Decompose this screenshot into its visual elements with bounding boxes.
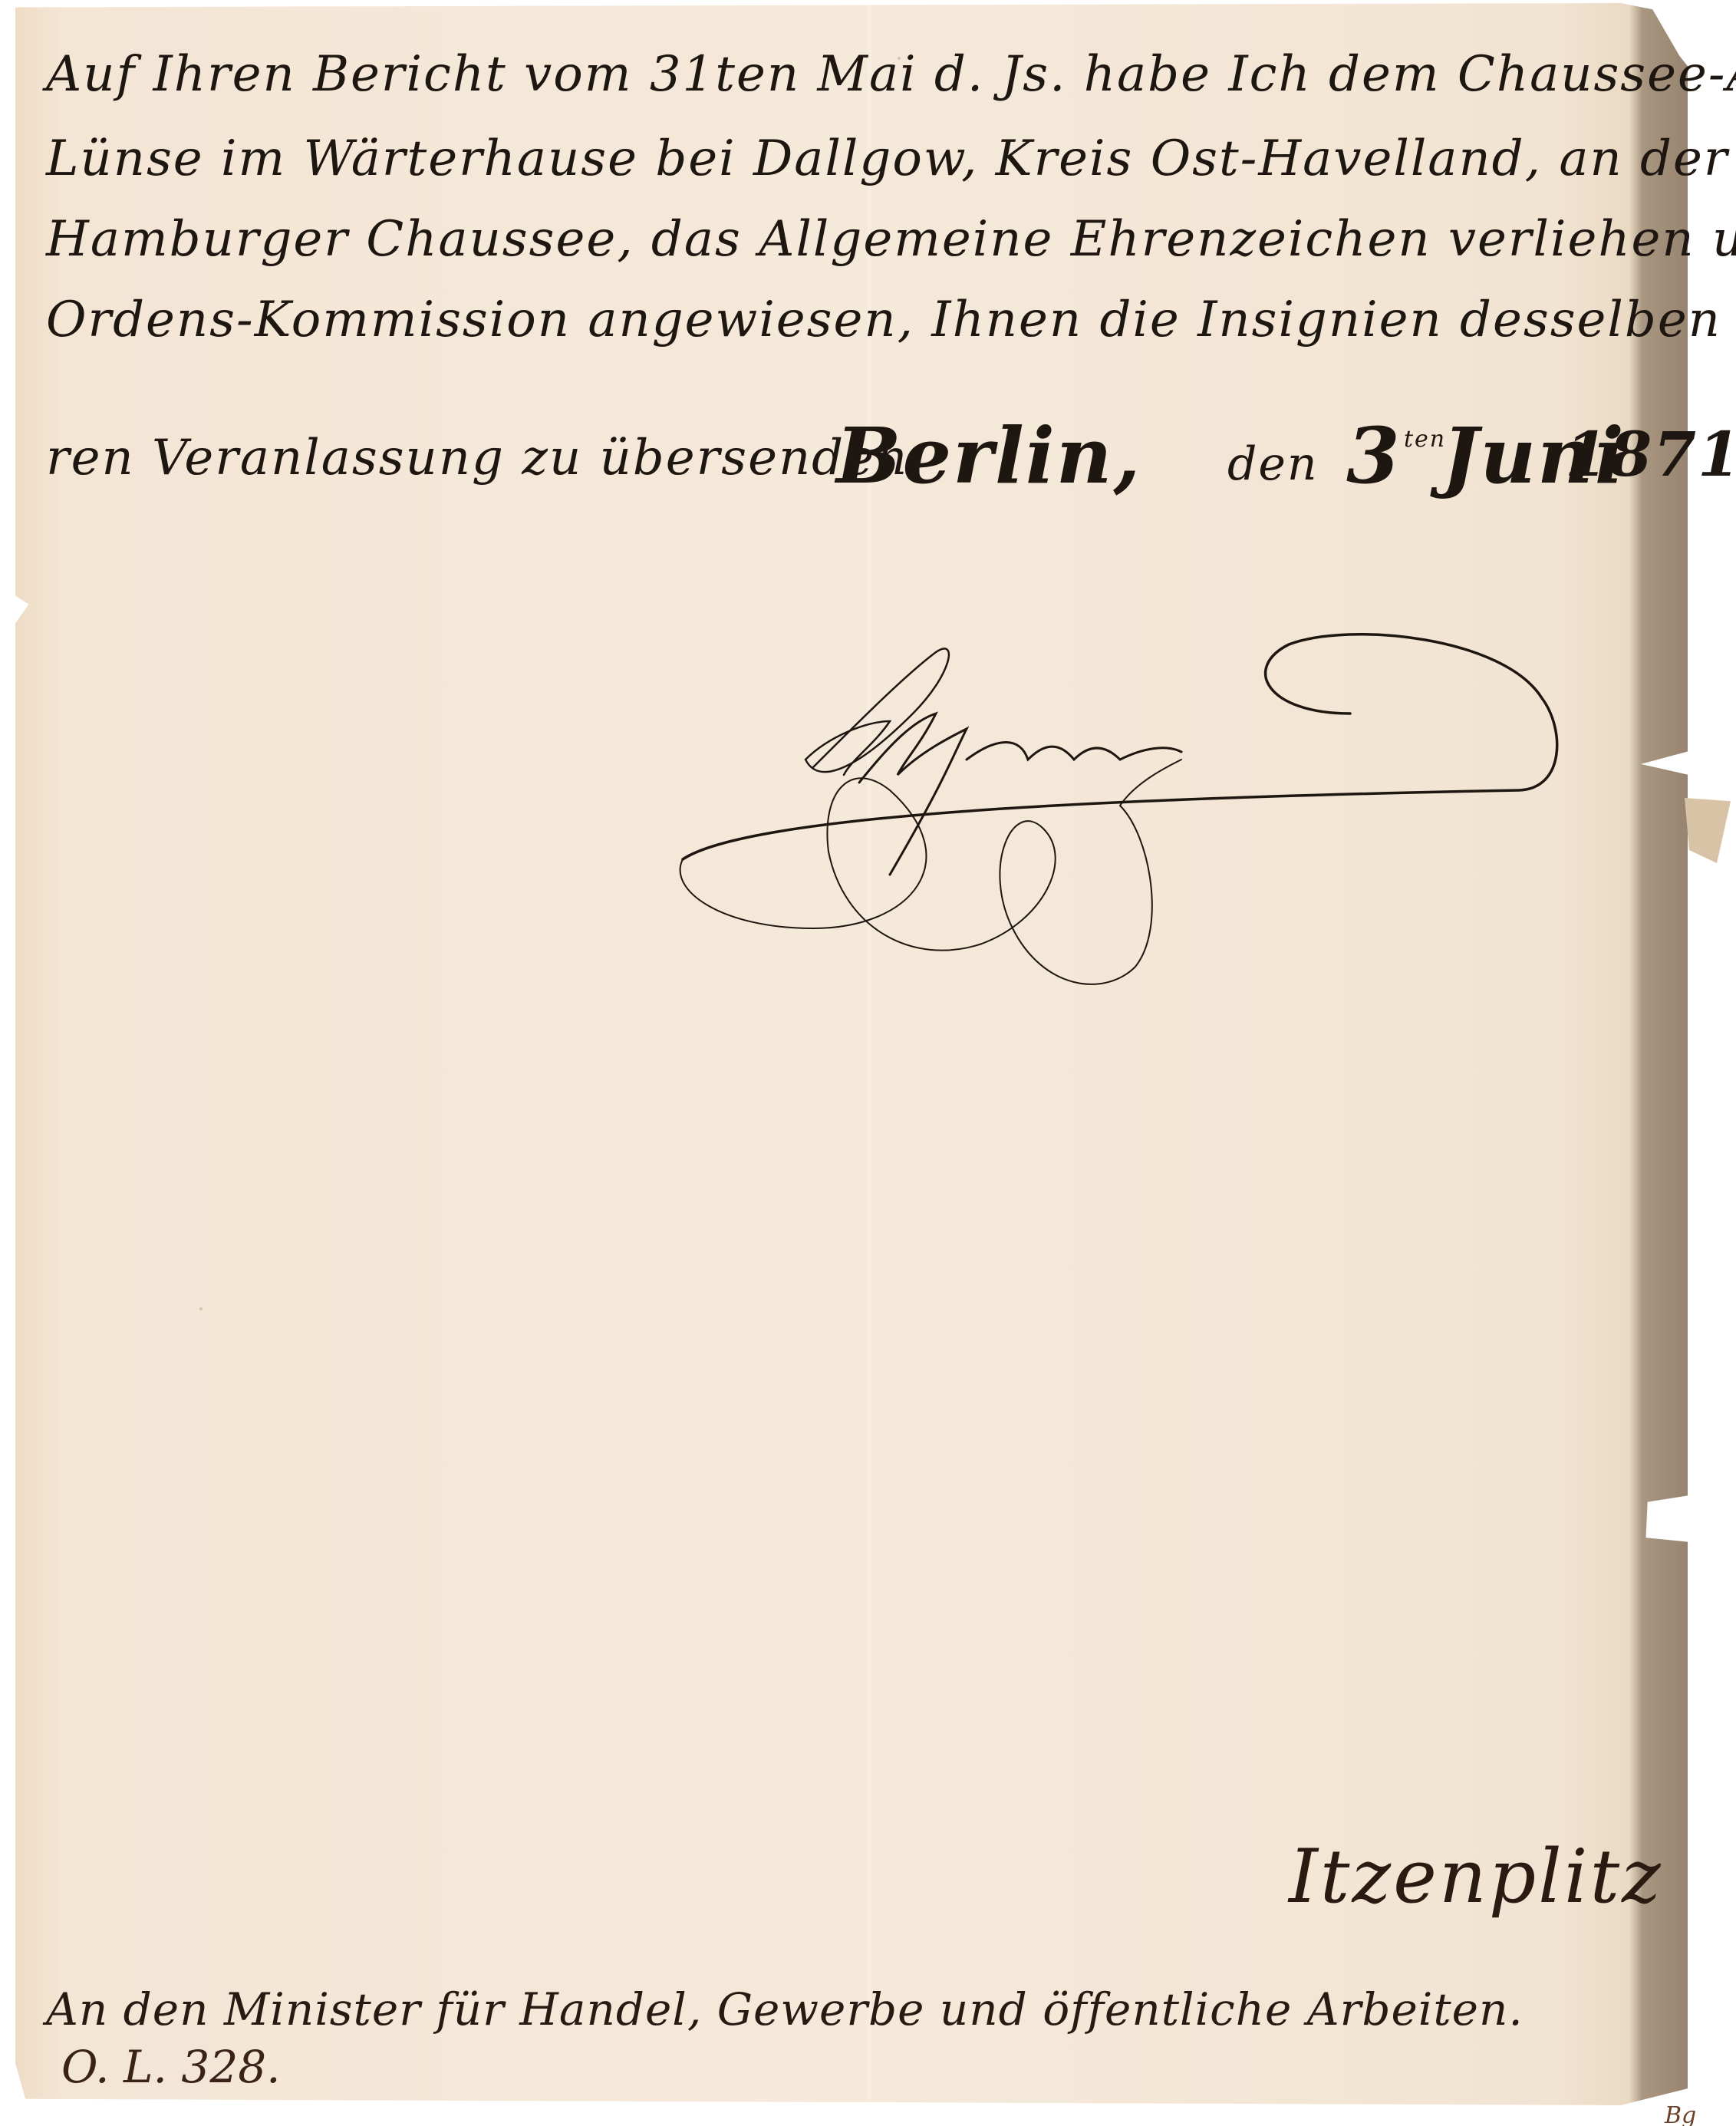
address-line: An den Minister für Handel, Gewerbe und … xyxy=(46,1983,1524,2035)
body-line-2: Lünse im Wärterhause bei Dallgow, Kreis … xyxy=(46,130,1736,187)
date-prefix: den xyxy=(1227,437,1319,491)
paper-spot xyxy=(199,1307,203,1310)
reference-number: O. L. 328. xyxy=(61,2041,281,2093)
date-day-suffix: ten xyxy=(1404,426,1446,453)
archive-mark: Bg xyxy=(1665,2102,1696,2126)
body-line-5: ren Veranlassung zu übersenden. xyxy=(46,430,926,486)
countersignature: Itzenplitz xyxy=(1289,1834,1663,1920)
date-day: 3 xyxy=(1346,410,1402,501)
date-year: 1871 xyxy=(1565,418,1736,490)
body-line-3: Hamburger Chaussee, das Allgemeine Ehren… xyxy=(46,211,1736,268)
torn-paper-flap xyxy=(1685,798,1731,863)
body-line-1: Auf Ihren Bericht vom 31ten Mai d. Js. h… xyxy=(46,46,1736,103)
place: Berlin, xyxy=(836,410,1141,501)
royal-signature: Wilhelm xyxy=(660,606,1573,1020)
body-line-4: Ordens-Kommission angewiesen, Ihnen die … xyxy=(46,292,1736,348)
